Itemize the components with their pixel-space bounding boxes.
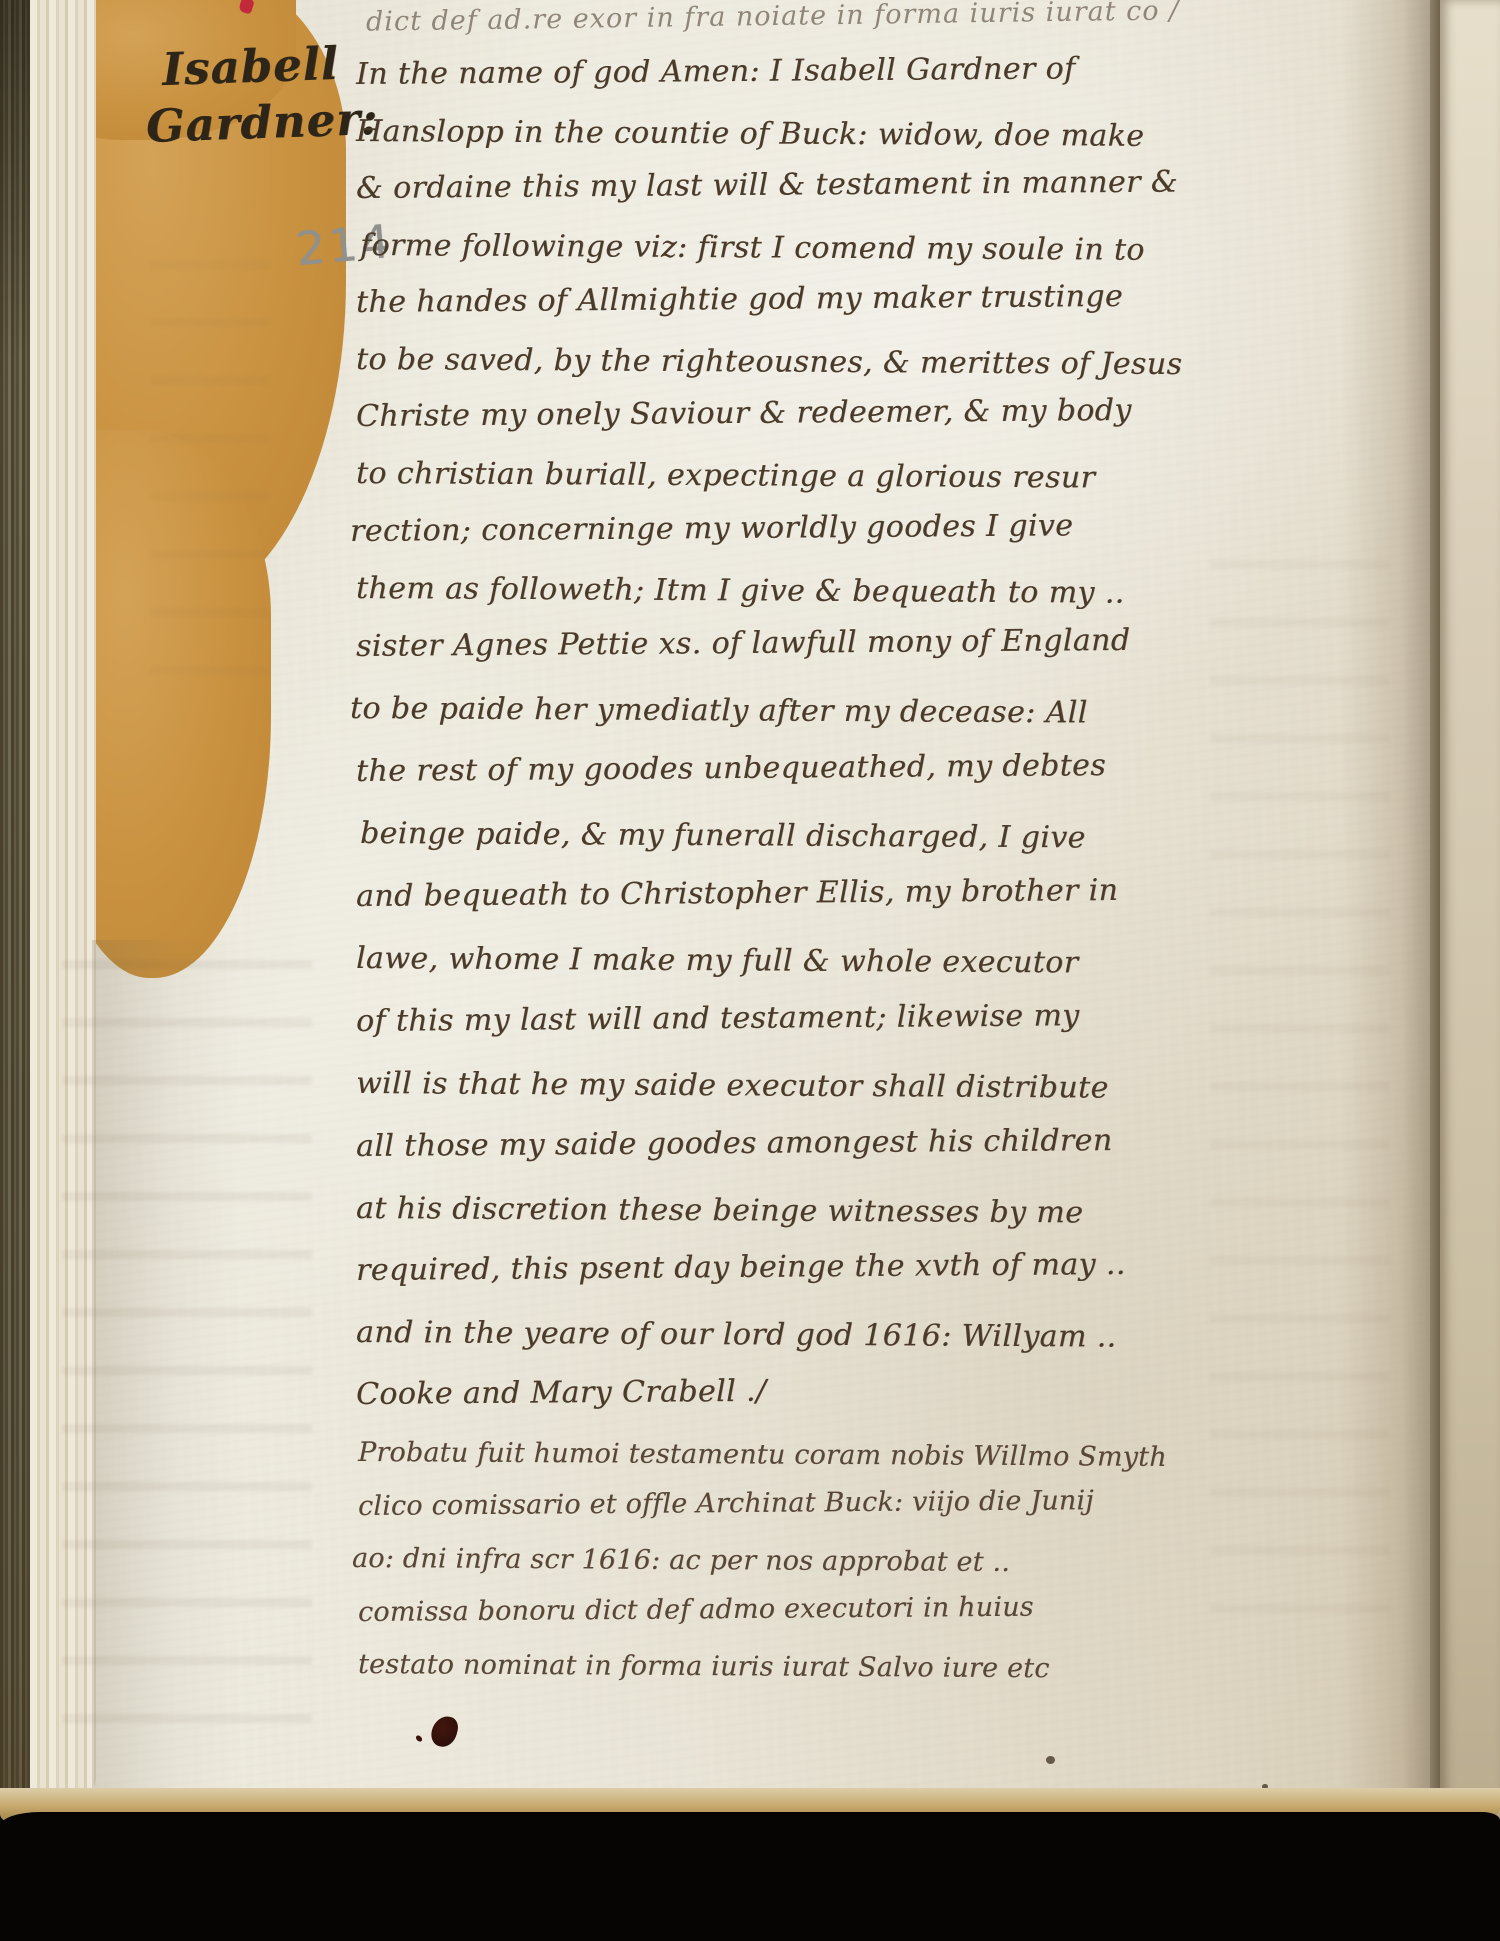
adjacent-page-edge — [1440, 0, 1500, 1822]
manuscript-text-line: lawe, whome I make my full & whole execu… — [356, 942, 1079, 979]
probate-clause-line: clico comissario et offle Archinat Buck:… — [358, 1486, 1094, 1521]
black-table-background — [0, 1812, 1500, 1941]
manuscript-text-line: of this my last will and testament; like… — [356, 999, 1080, 1038]
manuscript-text-line: sister Agnes Pettie xs. of lawfull mony … — [356, 624, 1131, 663]
probate-clause-line: Probatu fuit humoi testamentu coram nobi… — [358, 1438, 1167, 1473]
manuscript-text-line: rection; concerninge my worldly goodes I… — [350, 509, 1074, 548]
paper-speck — [1046, 1756, 1055, 1764]
manuscript-text-line: Cooke and Mary Crabell ./ — [356, 1375, 767, 1411]
manuscript-text-line: In the name of god Amen: I Isabell Gardn… — [356, 52, 1076, 91]
probate-clause-line: ao: dni infra scr 1616: ac per nos appro… — [352, 1544, 1010, 1578]
manuscript-text-line: forme followinge viz: first I comend my … — [360, 229, 1145, 267]
show-through-ghost-text — [150, 260, 270, 680]
manuscript-text-line: required, this psent day beinge the xvth… — [356, 1248, 1126, 1287]
manuscript-text-line: Christe my onely Saviour & redeemer, & m… — [356, 394, 1132, 433]
manuscript-text-line: & ordaine this my last will & testament … — [356, 166, 1178, 205]
manuscript-text-line: to be saved, by the righteousnes, & meri… — [356, 343, 1183, 381]
manuscript-text-line: at his discretion these beinge witnesses… — [356, 1192, 1084, 1229]
page-fold-shadow — [1340, 0, 1440, 1800]
manuscript-text-line: the handes of Allmightie god my maker tr… — [356, 280, 1123, 319]
manuscript-text-line: to be paide her ymediatly after my decea… — [350, 692, 1088, 730]
manuscript-text-line: to christian buriall, expectinge a glori… — [356, 457, 1095, 495]
margin-note-name-line1: Isabell — [161, 41, 339, 92]
probate-clause-line: comissa bonoru dict def admo executori i… — [358, 1593, 1034, 1628]
manuscript-photo: dict def ad.re exor in fra noiate in for… — [0, 0, 1500, 1941]
manuscript-text-line: and in the yeare of our lord god 1616: W… — [356, 1316, 1117, 1354]
manuscript-text-line: will is that he my saide executor shall … — [356, 1067, 1109, 1105]
manuscript-text-line: beinge paide, & my funerall discharged, … — [360, 817, 1086, 854]
manuscript-text-line: all those my saide goodes amongest his c… — [356, 1124, 1113, 1163]
manuscript-text-line: them as followeth; Itm I give & bequeath… — [356, 572, 1125, 610]
book-spine-page-edges — [0, 0, 34, 1800]
manuscript-text-line: the rest of my goodes unbequeathed, my d… — [356, 749, 1106, 788]
probate-clause-line: testato nominat in forma iuris iurat Sal… — [358, 1650, 1050, 1684]
manuscript-text-line: Hanslopp in the countie of Buck: widow, … — [356, 115, 1145, 153]
margin-note-name-line2: Gardner: — [145, 96, 379, 149]
manuscript-text-line: and bequeath to Christopher Ellis, my br… — [356, 874, 1119, 913]
show-through-ghost-text — [62, 960, 312, 1740]
